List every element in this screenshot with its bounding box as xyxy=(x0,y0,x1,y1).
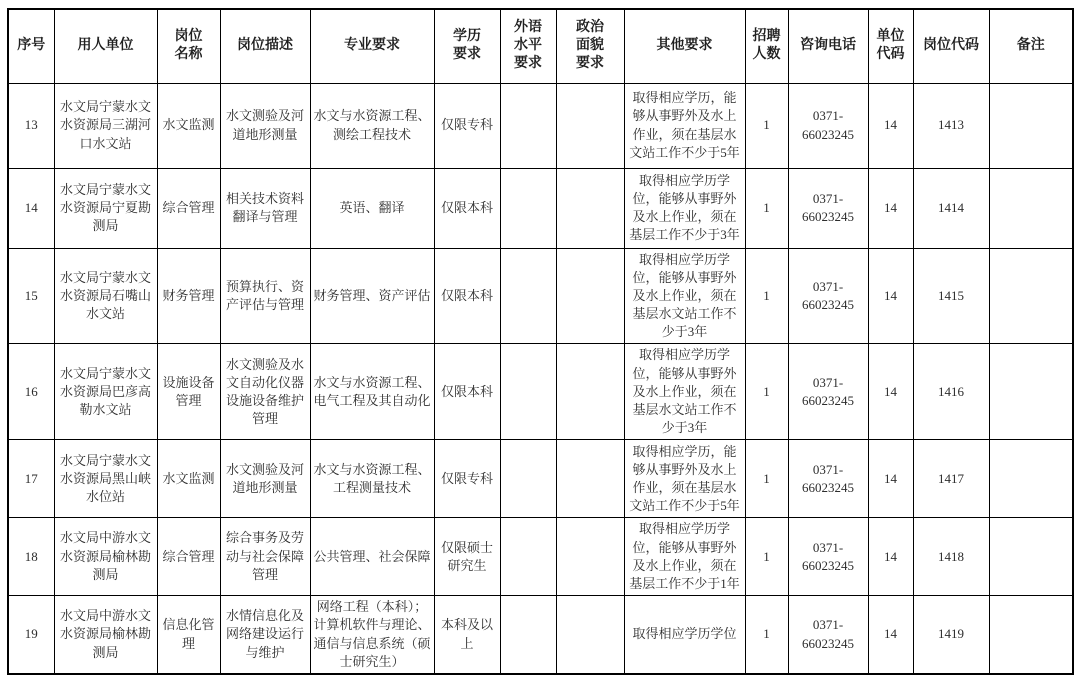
cell-education-req: 仅限本科 xyxy=(434,248,500,344)
cell-other-req: 取得相应学历学位，能够从事野外及水上作业，须在基层水文站工作不少于3年 xyxy=(624,248,745,344)
cell-phone: 0371-66023245 xyxy=(788,596,868,640)
cell-remarks xyxy=(989,248,1073,344)
cell-recruit-count: 1 xyxy=(745,518,788,596)
cell-unit-code: 14 xyxy=(868,518,913,596)
cell-position-code: 1418 xyxy=(913,518,989,596)
cell-major-req: 英语、翻译 xyxy=(310,168,434,248)
cell-position-code: 1416 xyxy=(913,344,989,440)
cell-foreign-lang-req xyxy=(500,518,556,596)
cell-position-name: 水文监测 xyxy=(157,440,220,518)
cell-remarks xyxy=(989,440,1073,518)
cell-education-req: 本科及以上 xyxy=(434,596,500,640)
cell-phone: 0371-66023245 xyxy=(788,518,868,596)
cell-foreign-lang-req xyxy=(500,440,556,518)
cell-employer: 水文局中游水文水资源局榆林勘测局 xyxy=(54,518,157,596)
cell-serial: 15 xyxy=(8,248,54,344)
cell-unit-code: 14 xyxy=(868,83,913,168)
column-header-phone: 咨询电话 xyxy=(788,9,868,83)
cell-other-req: 取得相应学历，能够从事野外及水上作业，须在基层水文站工作不少于5年 xyxy=(624,440,745,518)
cell-position-name: 水文监测 xyxy=(157,83,220,168)
cell-position-desc: 水文测验及河道地形测量 xyxy=(220,440,310,518)
table-row: 13水文局宁蒙水文水资源局三湖河口水文站 水文监测水文测验及河道地形测量 水文与… xyxy=(8,83,1073,168)
cell-political-status-req xyxy=(556,440,624,518)
cell-unit-code: 14 xyxy=(868,596,913,640)
cell-unit-code: 14 xyxy=(868,440,913,518)
cell-remarks xyxy=(989,83,1073,168)
cell-position-name: 设施设备管理 xyxy=(157,344,220,440)
cell-position-desc: 相关技术资料翻译与管理 xyxy=(220,168,310,248)
cell-position-name: 综合管理 xyxy=(157,168,220,248)
cell-remarks xyxy=(989,518,1073,596)
column-header-position-code: 岗位代码 xyxy=(913,9,989,83)
cell-serial: 17 xyxy=(8,440,54,518)
cell-position-desc: 水文测验及河道地形测量 xyxy=(220,83,310,168)
cell-major-req: 公共管理、社会保障 xyxy=(310,518,434,596)
cell-employer: 水文局宁蒙水文水资源局三湖河口水文站 xyxy=(54,83,157,168)
cell-recruit-count: 1 xyxy=(745,168,788,248)
table-row: 16水文局宁蒙水文水资源局巴彦高勒水文站 设施设备管理水文测验及水文自动化仪器设… xyxy=(8,344,1073,440)
column-header-education-req: 学历 要求 xyxy=(434,9,500,83)
cell-other-req: 取得相应学历，能够从事野外及水上作业，须在基层水文站工作不少于5年 xyxy=(624,83,745,168)
cell-political-status-req xyxy=(556,168,624,248)
cell-foreign-lang-req xyxy=(500,168,556,248)
cell-other-req: 取得相应学历学位 xyxy=(624,596,745,640)
column-header-other-req: 其他要求 xyxy=(624,9,745,83)
cell-position-name: 综合管理 xyxy=(157,518,220,596)
cell-position-code: 1413 xyxy=(913,83,989,168)
cell-education-req: 仅限硕士研究生 xyxy=(434,518,500,596)
cell-political-status-req xyxy=(556,344,624,440)
column-header-recruit-count: 招聘 人数 xyxy=(745,9,788,83)
recruitment-table: 序号 用人单位 岗位 名称 岗位描述 专业要求 学历 要求 外语 水平 要求 政… xyxy=(7,8,1074,640)
cell-major-req: 水文与水资源工程、电气工程及其自动化 xyxy=(310,344,434,440)
table-row: 17水文局宁蒙水文水资源局黑山峡水位站 水文监测水文测验及河道地形测量 水文与水… xyxy=(8,440,1073,518)
cell-other-req: 取得相应学历学位，能够从事野外及水上作业，须在基层工作不少于1年 xyxy=(624,518,745,596)
cell-political-status-req xyxy=(556,596,624,640)
cell-position-name: 财务管理 xyxy=(157,248,220,344)
column-header-unit-code: 单位 代码 xyxy=(868,9,913,83)
cell-position-code: 1419 xyxy=(913,596,989,640)
cell-employer: 水文局中游水文水资源局榆林勘测局 xyxy=(54,596,157,640)
column-header-employer: 用人单位 xyxy=(54,9,157,83)
cell-position-code: 1415 xyxy=(913,248,989,344)
cell-foreign-lang-req xyxy=(500,596,556,640)
cell-position-desc: 综合事务及劳动与社会保障管理 xyxy=(220,518,310,596)
cell-phone: 0371-66023245 xyxy=(788,440,868,518)
cell-position-name: 信息化管理 xyxy=(157,596,220,640)
cell-position-code: 1417 xyxy=(913,440,989,518)
column-header-foreign-lang-req: 外语 水平 要求 xyxy=(500,9,556,83)
column-header-major-req: 专业要求 xyxy=(310,9,434,83)
cell-education-req: 仅限本科 xyxy=(434,344,500,440)
cell-major-req: 水文与水资源工程、工程测量技术 xyxy=(310,440,434,518)
cell-remarks xyxy=(989,344,1073,440)
cell-political-status-req xyxy=(556,83,624,168)
cell-recruit-count: 1 xyxy=(745,440,788,518)
cell-education-req: 仅限本科 xyxy=(434,168,500,248)
cell-unit-code: 14 xyxy=(868,344,913,440)
cell-phone: 0371-66023245 xyxy=(788,83,868,168)
cell-serial: 16 xyxy=(8,344,54,440)
cell-recruit-count: 1 xyxy=(745,596,788,640)
cell-employer: 水文局宁蒙水文水资源局巴彦高勒水文站 xyxy=(54,344,157,440)
cell-serial: 13 xyxy=(8,83,54,168)
cell-phone: 0371-66023245 xyxy=(788,168,868,248)
cell-foreign-lang-req xyxy=(500,344,556,440)
table-header: 序号 用人单位 岗位 名称 岗位描述 专业要求 学历 要求 外语 水平 要求 政… xyxy=(8,9,1073,83)
cell-major-req: 水文与水资源工程、测绘工程技术 xyxy=(310,83,434,168)
cell-phone: 0371-66023245 xyxy=(788,344,868,440)
cell-recruit-count: 1 xyxy=(745,83,788,168)
cell-remarks xyxy=(989,596,1073,640)
cell-political-status-req xyxy=(556,518,624,596)
column-header-serial: 序号 xyxy=(8,9,54,83)
cell-serial: 19 xyxy=(8,596,54,640)
column-header-remarks: 备注 xyxy=(989,9,1073,83)
cell-phone: 0371-66023245 xyxy=(788,248,868,344)
table-row: 14水文局宁蒙水文水资源局宁夏勘测局 综合管理相关技术资料翻译与管理 英语、翻译… xyxy=(8,168,1073,248)
cell-recruit-count: 1 xyxy=(745,248,788,344)
column-header-political-status-req: 政治 面貌 要求 xyxy=(556,9,624,83)
cell-foreign-lang-req xyxy=(500,83,556,168)
cell-serial: 18 xyxy=(8,518,54,596)
table-row: 15水文局宁蒙水文水资源局石嘴山水文站 财务管理预算执行、资产评估与管理 财务管… xyxy=(8,248,1073,344)
cell-recruit-count: 1 xyxy=(745,344,788,440)
cell-unit-code: 14 xyxy=(868,248,913,344)
cell-education-req: 仅限专科 xyxy=(434,83,500,168)
cell-position-desc: 水文测验及水文自动化仪器设施设备维护管理 xyxy=(220,344,310,440)
cell-unit-code: 14 xyxy=(868,168,913,248)
table-row: 19水文局中游水文水资源局榆林勘测局 信息化管理水情信息化及网络建设运行与维护 … xyxy=(8,596,1073,640)
table-row: 18水文局中游水文水资源局榆林勘测局 综合管理综合事务及劳动与社会保障管理 公共… xyxy=(8,518,1073,596)
cell-other-req: 取得相应学历学位，能够从事野外及水上作业，须在基层水文站工作不少于3年 xyxy=(624,344,745,440)
cell-major-req: 网络工程（本科）；计算机软件与理论、通信与信息系统（硕士研究生） xyxy=(310,596,434,640)
cell-foreign-lang-req xyxy=(500,248,556,344)
column-header-position-name: 岗位 名称 xyxy=(157,9,220,83)
cell-employer: 水文局宁蒙水文水资源局黑山峡水位站 xyxy=(54,440,157,518)
cell-position-desc: 预算执行、资产评估与管理 xyxy=(220,248,310,344)
cell-position-desc: 水情信息化及网络建设运行与维护 xyxy=(220,596,310,640)
table-body: 13水文局宁蒙水文水资源局三湖河口水文站 水文监测水文测验及河道地形测量 水文与… xyxy=(8,83,1073,640)
cell-major-req: 财务管理、资产评估 xyxy=(310,248,434,344)
cell-education-req: 仅限专科 xyxy=(434,440,500,518)
cell-remarks xyxy=(989,168,1073,248)
cell-employer: 水文局宁蒙水文水资源局石嘴山水文站 xyxy=(54,248,157,344)
header-row: 序号 用人单位 岗位 名称 岗位描述 专业要求 学历 要求 外语 水平 要求 政… xyxy=(8,9,1073,83)
column-header-position-desc: 岗位描述 xyxy=(220,9,310,83)
cell-political-status-req xyxy=(556,248,624,344)
cell-position-code: 1414 xyxy=(913,168,989,248)
cell-employer: 水文局宁蒙水文水资源局宁夏勘测局 xyxy=(54,168,157,248)
cell-serial: 14 xyxy=(8,168,54,248)
cell-other-req: 取得相应学历学位，能够从事野外及水上作业，须在基层工作不少于3年 xyxy=(624,168,745,248)
